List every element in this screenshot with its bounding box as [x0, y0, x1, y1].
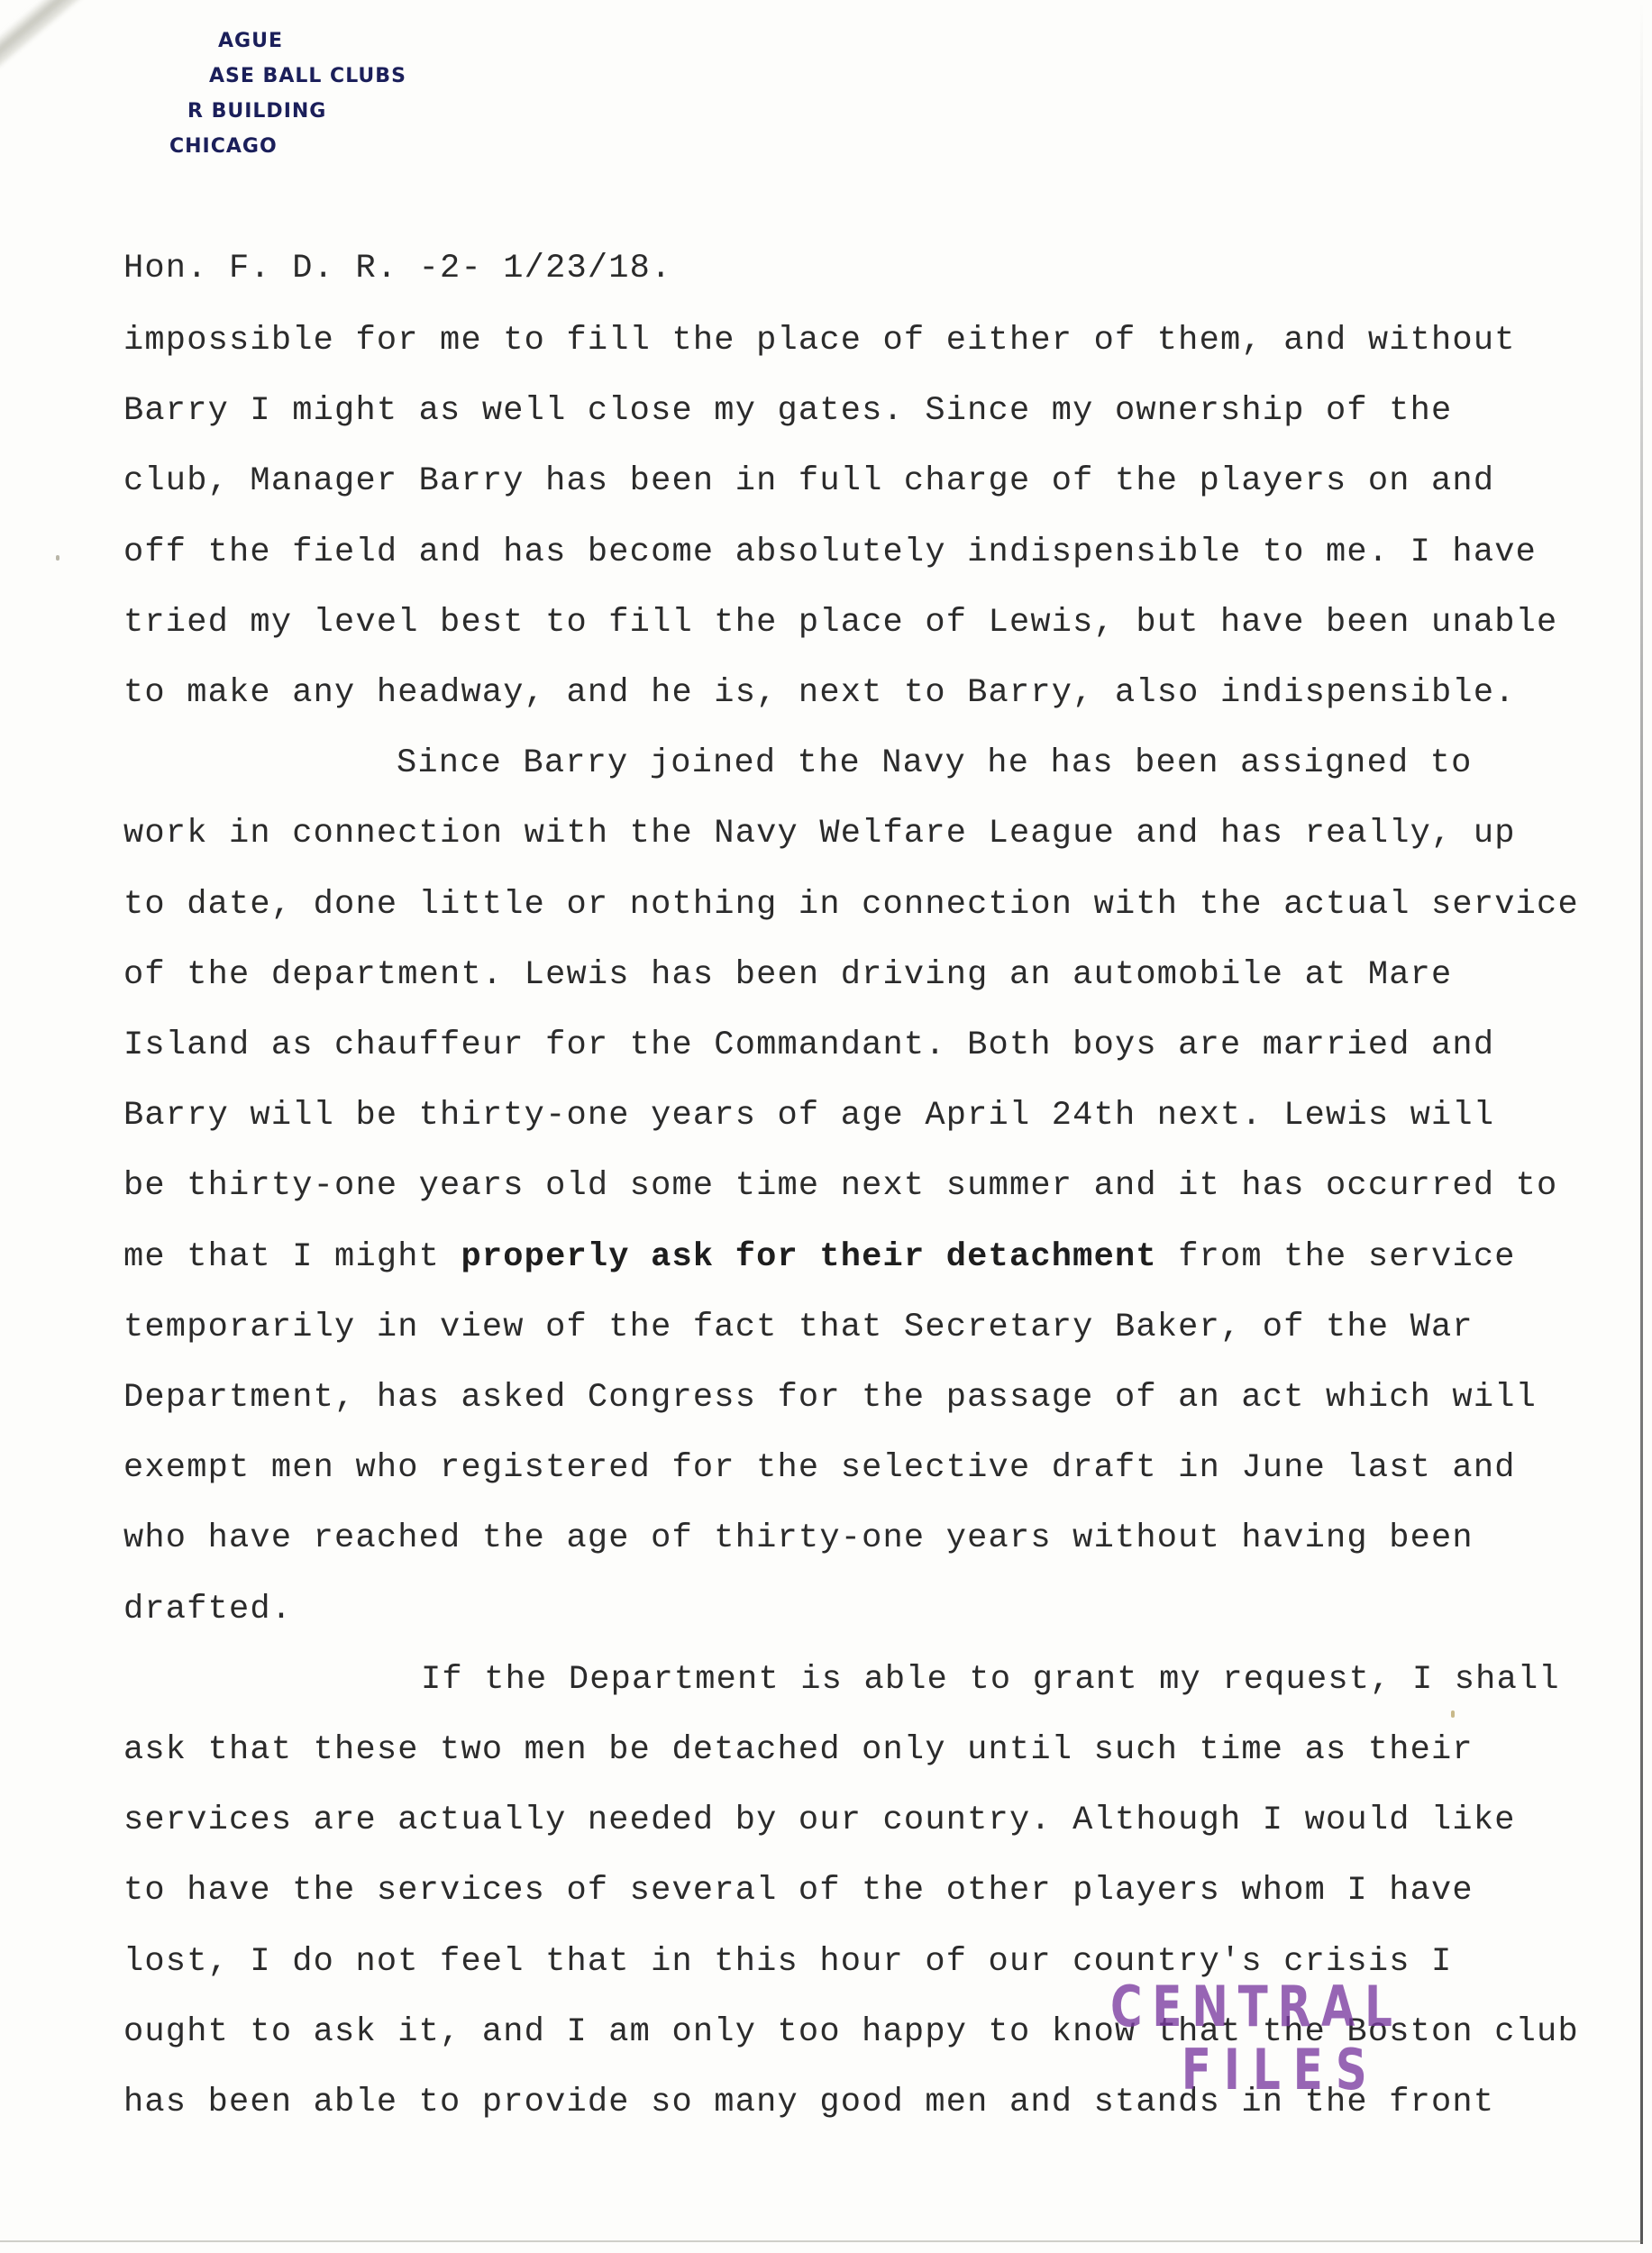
- letter-line: ought to ask it, and I am only too happy…: [123, 2014, 1579, 2050]
- letter-line: Island as chauffeur for the Commandant. …: [123, 1027, 1494, 1063]
- letter-line: Since Barry joined the Navy he has been …: [397, 745, 1473, 781]
- letterhead: AGUE ASE BALL CLUBS R BUILDING CHICAGO: [135, 23, 406, 164]
- letter-line: Barry I might as well close my gates. Si…: [123, 393, 1452, 429]
- letter-line: ask that these two men be detached only …: [123, 1732, 1474, 1768]
- letter-line: tried my level best to fill the place of…: [123, 605, 1557, 641]
- letter-line: Department, has asked Congress for the p…: [123, 1380, 1537, 1416]
- letter-line: exempt men who registered for the select…: [123, 1450, 1516, 1486]
- letter-line: lost, I do not feel that in this hour of…: [123, 1944, 1452, 1980]
- letter-line: drafted.: [123, 1592, 292, 1628]
- letterhead-line: ASE BALL CLUBS: [135, 59, 406, 94]
- line-text-emphasis: properly ask for their detachment: [461, 1238, 1156, 1276]
- page-header-line: Hon. F. D. R. -2- 1/23/18.: [123, 251, 672, 287]
- letter-line: to make any headway, and he is, next to …: [123, 675, 1516, 711]
- letter-line: to date, done little or nothing in conne…: [123, 887, 1579, 923]
- letter-line: club, Manager Barry has been in full cha…: [123, 463, 1494, 499]
- letter-line: me that I might properly ask for their d…: [123, 1239, 1516, 1275]
- page-bottom-edge: [0, 2240, 1643, 2242]
- letterhead-line: R BUILDING: [135, 94, 406, 129]
- letter-line: work in connection with the Navy Welfare…: [123, 816, 1516, 852]
- letter-line: If the Department is able to grant my re…: [421, 1662, 1560, 1698]
- letter-line: impossible for me to fill the place of e…: [123, 323, 1516, 359]
- line-text: from the service: [1157, 1238, 1516, 1276]
- letter-line: to have the services of several of the o…: [123, 1873, 1474, 1909]
- letter-page: AGUE ASE BALL CLUBS R BUILDING CHICAGO H…: [0, 0, 1652, 2253]
- letter-line: temporarily in view of the fact that Sec…: [123, 1309, 1474, 1345]
- letter-line: services are actually needed by our coun…: [123, 1802, 1516, 1838]
- letter-line: Barry will be thirty-one years of age Ap…: [123, 1098, 1494, 1134]
- paper-speck: [56, 555, 59, 561]
- letterhead-line: CHICAGO: [135, 129, 406, 164]
- letter-line: be thirty-one years old some time next s…: [123, 1168, 1557, 1204]
- paper-speck: [1451, 1710, 1455, 1718]
- page-right-edge: [1640, 0, 1643, 2244]
- letter-line: has been able to provide so many good me…: [123, 2084, 1494, 2121]
- letter-line: of the department. Lewis has been drivin…: [123, 957, 1452, 993]
- letterhead-line: AGUE: [135, 23, 406, 59]
- letter-line: off the field and has become absolutely …: [123, 534, 1537, 570]
- letter-line: who have reached the age of thirty-one y…: [123, 1520, 1474, 1556]
- line-text: me that I might: [123, 1238, 461, 1276]
